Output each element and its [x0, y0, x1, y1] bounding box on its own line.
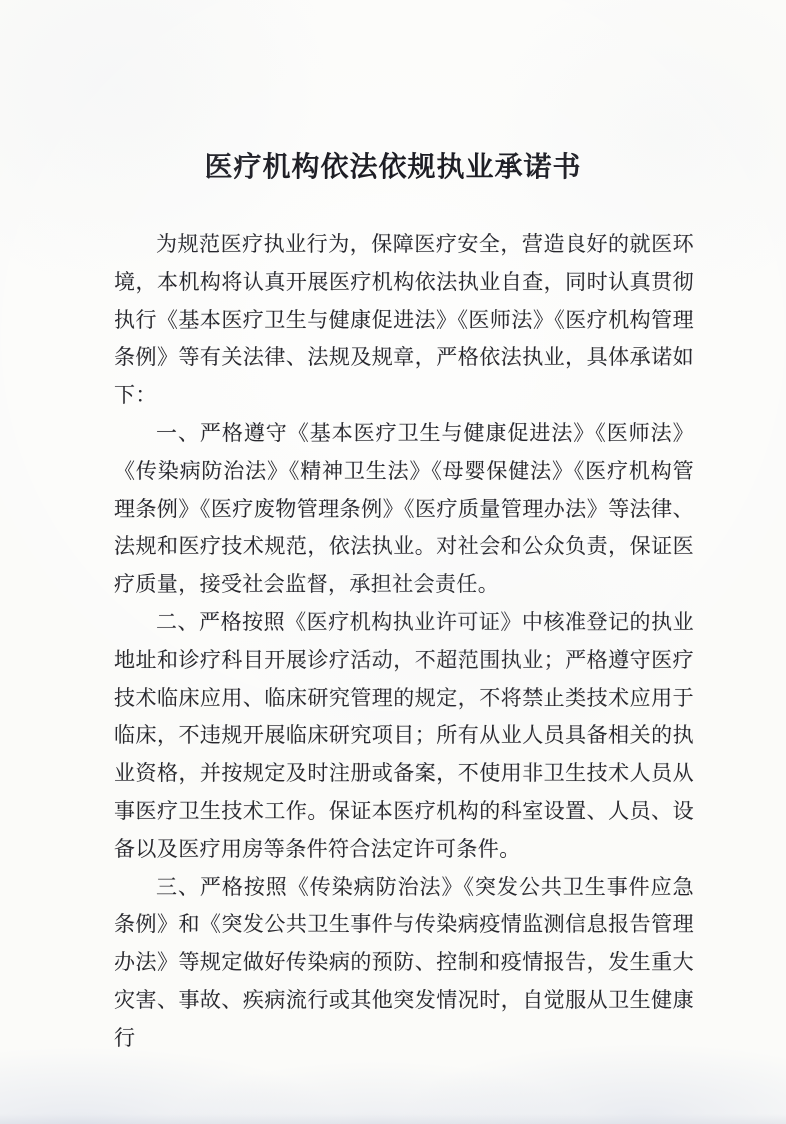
- paragraph-item-1: 一、严格遵守《基本医疗卫生与健康促进法》《医师法》《传染病防治法》《精神卫生法》…: [114, 415, 694, 604]
- paragraph-intro: 为规范医疗执业行为，保障医疗安全，营造良好的就医环境，本机构将认真开展医疗机构依…: [114, 226, 694, 415]
- document-title: 医疗机构依法依规执业承诺书: [0, 0, 786, 184]
- scanned-document-page: 医疗机构依法依规执业承诺书 为规范医疗执业行为，保障医疗安全，营造良好的就医环境…: [0, 0, 786, 1124]
- document-body: 为规范医疗执业行为，保障医疗安全，营造良好的就医环境，本机构将认真开展医疗机构依…: [114, 226, 694, 1058]
- paragraph-item-2: 二、严格按照《医疗机构执业许可证》中核准登记的执业地址和诊疗科目开展诊疗活动，不…: [114, 604, 694, 869]
- paragraph-item-3: 三、严格按照《传染病防治法》《突发公共卫生事件应急条例》和《突发公共卫生事件与传…: [114, 869, 694, 1058]
